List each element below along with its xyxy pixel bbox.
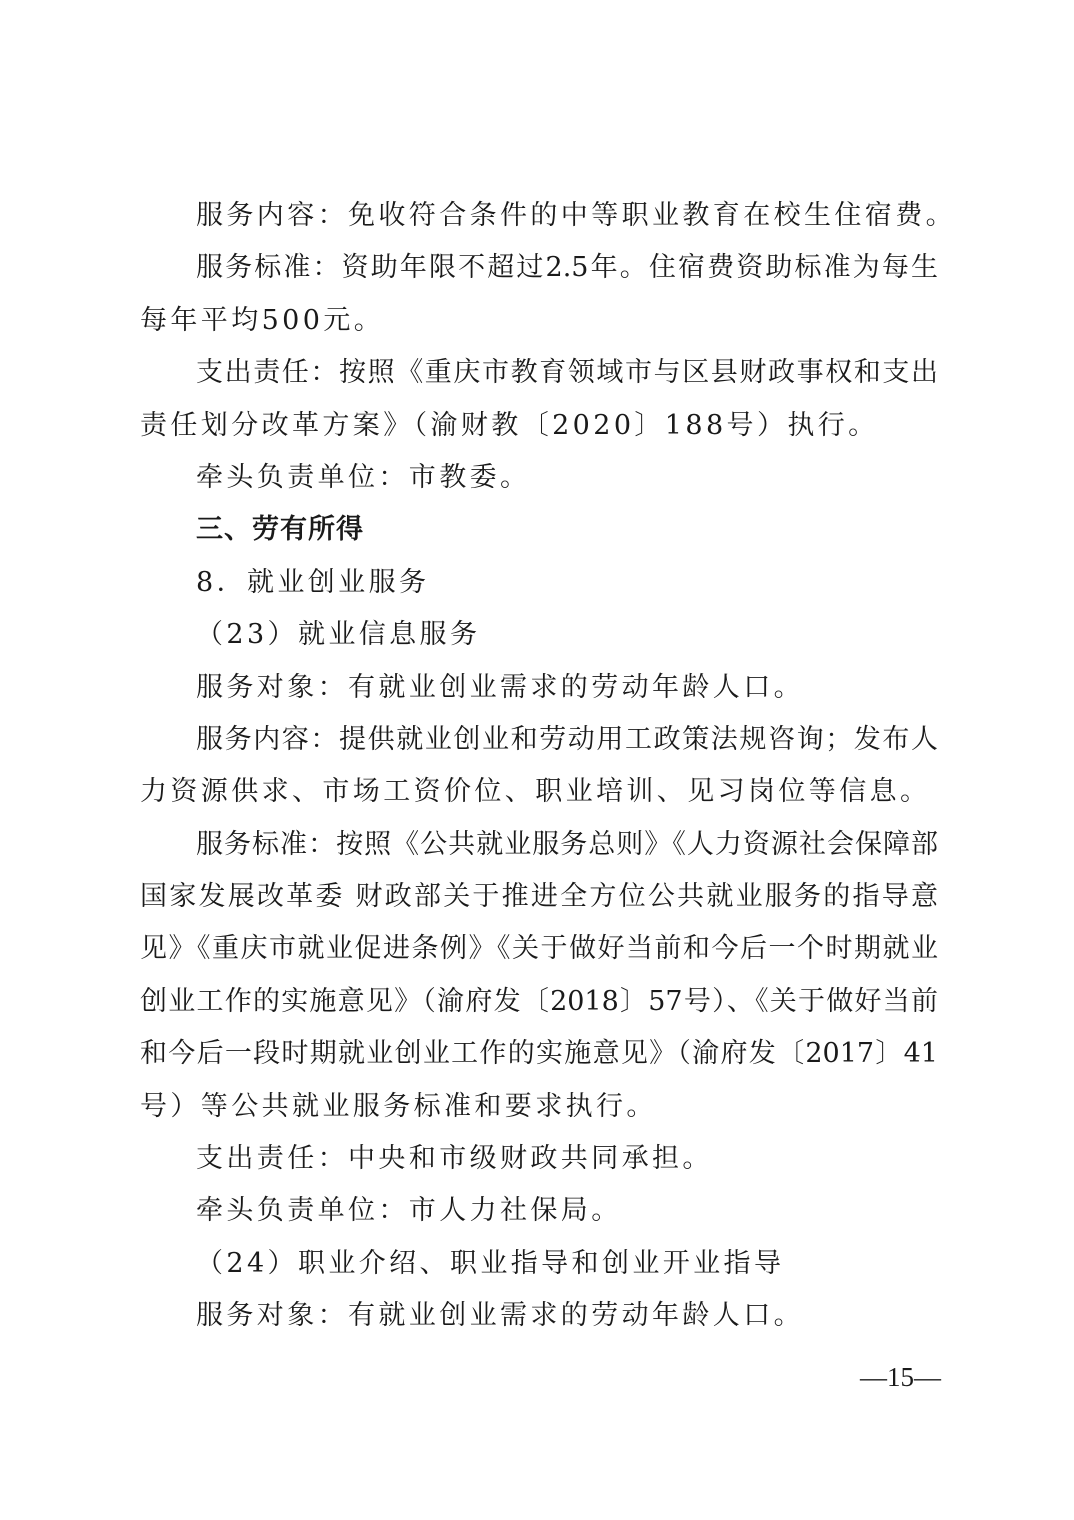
page-number: —15— (860, 1362, 941, 1393)
paragraph-line: 服务标准：资助年限不超过2.5年。住宿费资助标准为每生 (140, 242, 938, 294)
paragraph-line: 号）等公共就业服务标准和要求执行。 (140, 1081, 938, 1133)
paragraph-line: 牵头负责单位：市人力社保局。 (140, 1185, 938, 1237)
section-heading: 三、劳有所得 (140, 504, 938, 556)
paragraph-line: 服务内容：提供就业创业和劳动用工政策法规咨询；发布人 (140, 714, 938, 766)
paragraph-line: 服务内容：免收符合条件的中等职业教育在校生住宿费。 (140, 190, 938, 242)
paragraph-line: 责任划分改革方案》（渝财教〔2020〕188号）执行。 (140, 400, 938, 452)
paragraph-line: 支出责任：按照《重庆市教育领域市与区县财政事权和支出 (140, 347, 938, 399)
paragraph-line: 国家发展改革委 财政部关于推进全方位公共就业服务的指导意 (140, 871, 938, 923)
paragraph-line: 每年平均500元。 (140, 295, 938, 347)
item-heading: （24）职业介绍、职业指导和创业开业指导 (140, 1238, 938, 1290)
paragraph-line: 服务对象：有就业创业需求的劳动年龄人口。 (140, 662, 938, 714)
paragraph-line: 力资源供求、市场工资价位、职业培训、见习岗位等信息。 (140, 766, 938, 818)
paragraph-line: 和今后一段时期就业创业工作的实施意见》（渝府发〔2017〕41 (140, 1028, 938, 1080)
paragraph-line: 服务标准：按照《公共就业服务总则》《人力资源社会保障部 (140, 819, 938, 871)
paragraph-line: 支出责任：中央和市级财政共同承担。 (140, 1133, 938, 1185)
paragraph-line: 服务对象：有就业创业需求的劳动年龄人口。 (140, 1290, 938, 1342)
document-page: 服务内容：免收符合条件的中等职业教育在校生住宿费。 服务标准：资助年限不超过2.… (140, 190, 938, 1343)
item-heading: （23）就业信息服务 (140, 609, 938, 661)
subsection-heading: 8．就业创业服务 (140, 557, 938, 609)
paragraph-line: 创业工作的实施意见》（渝府发〔2018〕57号）、《关于做好当前 (140, 976, 938, 1028)
paragraph-line: 牵头负责单位：市教委。 (140, 452, 938, 504)
paragraph-line: 见》《重庆市就业促进条例》《关于做好当前和今后一个时期就业 (140, 923, 938, 975)
